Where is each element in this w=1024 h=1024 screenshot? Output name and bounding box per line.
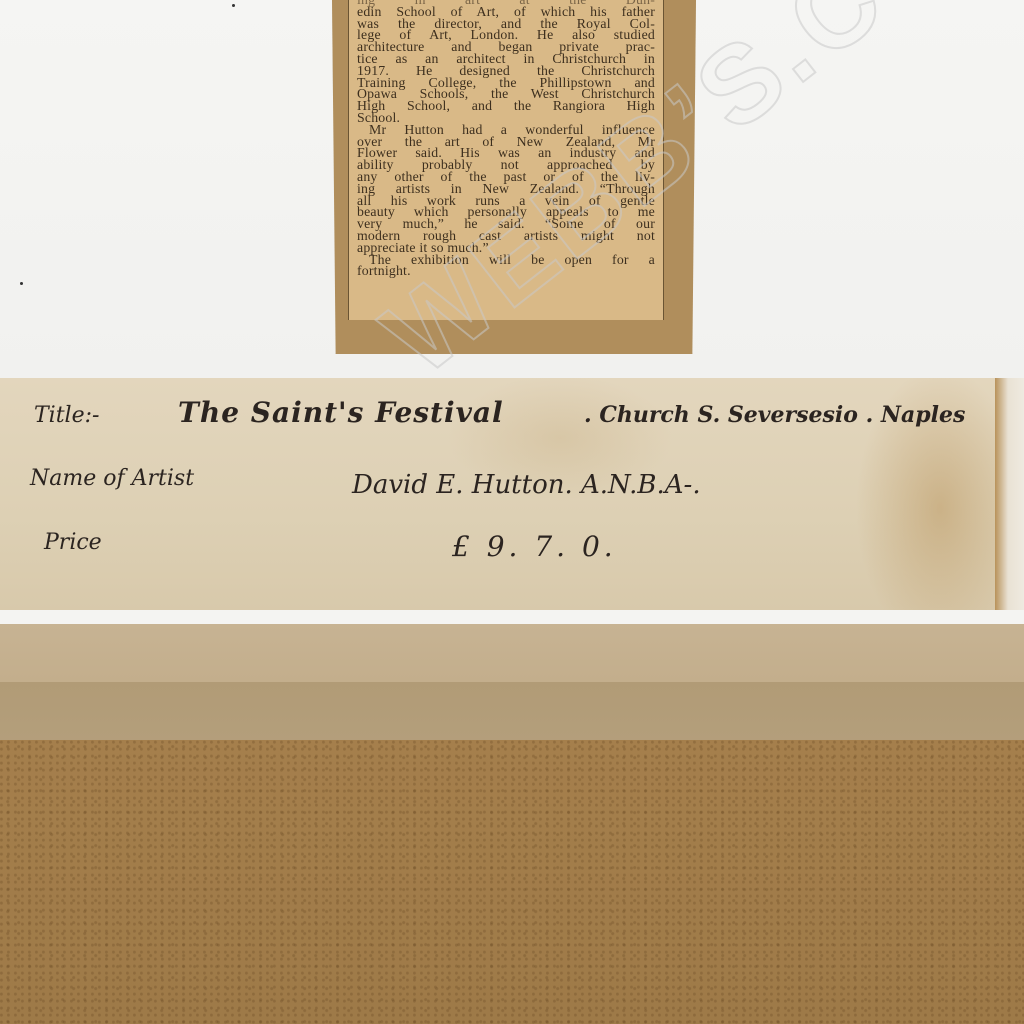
- dust-speck: [20, 282, 23, 285]
- price-value: £ 9. 7. 0.: [452, 530, 617, 563]
- artist-key: Name of Artist: [30, 466, 194, 491]
- title-value: The Saint's Festival: [178, 396, 504, 429]
- frame-tape-upper: [0, 624, 1024, 682]
- newspaper-clipping: ing in art at the Dun- edin School of Ar…: [348, 0, 664, 320]
- artist-value: David E. Hutton. A.N.B.A-.: [352, 470, 701, 500]
- title-location: . Church S. Seversesio . Naples: [584, 402, 965, 428]
- price-key: Price: [44, 530, 102, 555]
- clipping-line: fortnight.: [357, 265, 655, 277]
- dust-speck: [232, 4, 235, 7]
- torn-label-edge: [995, 378, 1024, 610]
- title-key: Title:-: [34, 403, 99, 428]
- frame-tape-lower: [0, 682, 1024, 748]
- clipping-line: ing in art at the Dun-: [357, 0, 655, 6]
- clipping-line: High School, and the Rangiora High: [357, 100, 655, 112]
- hardboard-backing: [0, 740, 1024, 1024]
